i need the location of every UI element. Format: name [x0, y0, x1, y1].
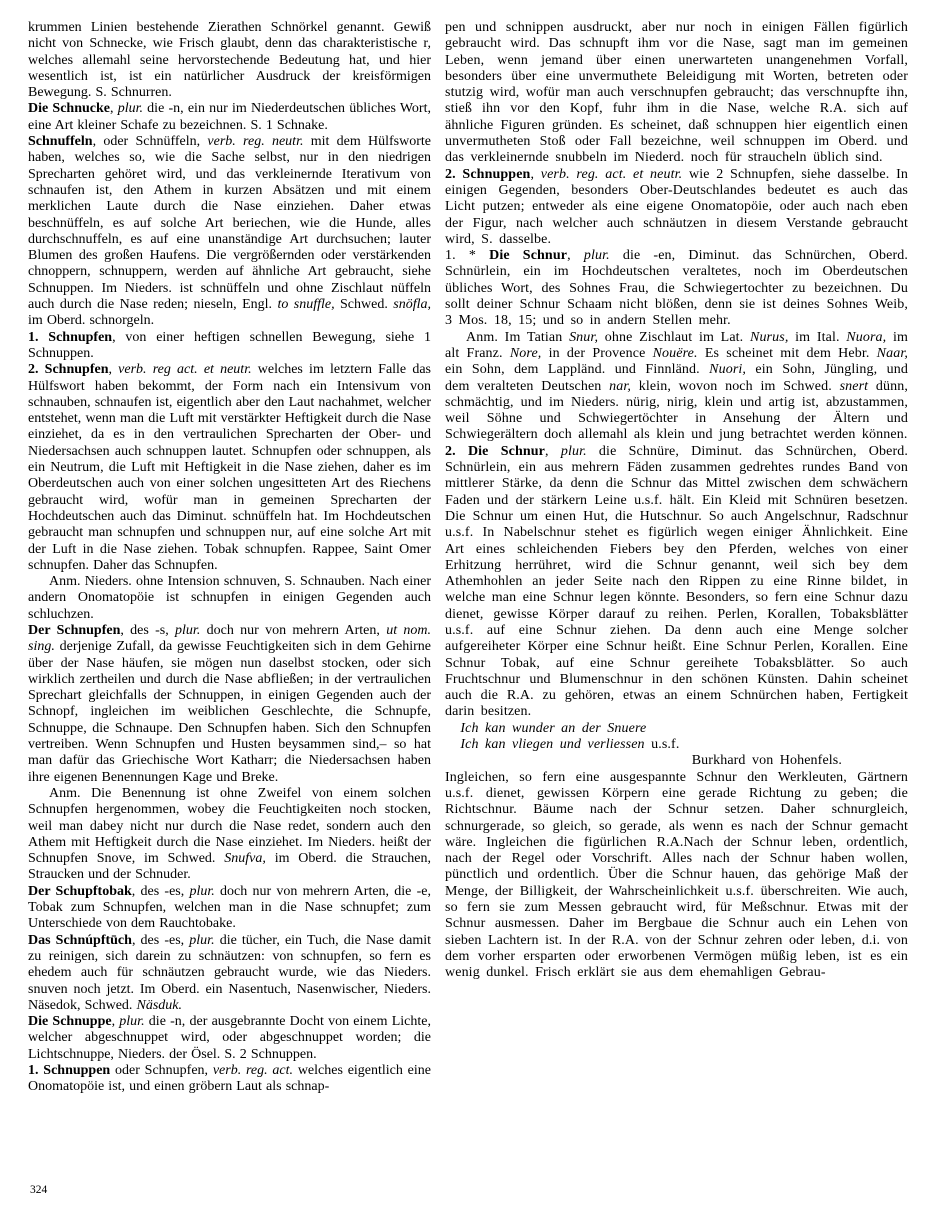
text-run: oder Schnupfen,: [110, 1063, 213, 1078]
headword: Der Schupftobak: [28, 884, 132, 899]
italic-run: Näsduk.: [137, 998, 183, 1013]
paragraph: Anm. Die Benennung ist ohne Zweifel von …: [28, 786, 431, 884]
text-run: doch nur von mehrern Arten,: [200, 623, 386, 638]
italic-run: Naar,: [877, 346, 908, 361]
paragraph: Die Schnucke, plur. die -n, ein nur im N…: [28, 101, 431, 134]
text-run: Anm. Nieders. ohne Intension schnuven, S…: [28, 574, 431, 622]
text-run: die Schnüre, Diminut. das Schnürchen, Ob…: [445, 444, 908, 720]
text-run: , des -s,: [120, 623, 175, 638]
paragraph: Der Schnupfen, des -s, plur. doch nur vo…: [28, 623, 431, 786]
text-run: krummen Linien bestehende Zierathen Schn…: [28, 20, 431, 100]
headword: Die Schnucke: [28, 101, 110, 116]
paragraph: Anm. Nieders. ohne Intension schnuven, S…: [28, 574, 431, 623]
headword: Die Schnuppe: [28, 1014, 112, 1029]
italic-run: nar,: [609, 379, 631, 394]
text-run: ohne Zischlaut im Lat.: [598, 330, 750, 345]
italic-run: Nurus,: [750, 330, 788, 345]
paragraph: 1. Schnuppen oder Schnupfen, verb. reg. …: [28, 1063, 431, 1096]
text-run: ,: [110, 101, 118, 116]
paragraph: Ingleichen, so fern eine ausgespannte Sc…: [445, 770, 908, 982]
paragraph: pen und schnippen ausdruckt, aber nur no…: [445, 20, 908, 167]
text-run: klein, wovon noch im Schwed.: [631, 379, 840, 394]
headword: 2. Schnupfen: [28, 362, 108, 377]
text-run: Schwed.: [335, 297, 394, 312]
paragraph: Ich kan vliegen und verliessen u.s.f.: [445, 737, 908, 753]
paragraph: Schnuffeln, oder Schnüffeln, verb. reg. …: [28, 134, 431, 330]
paragraph: 2. Die Schnur, plur. die Schnüre, Diminu…: [445, 444, 908, 721]
paragraph: Ich kan wunder an der Snuere: [445, 721, 908, 737]
text-run: 1. *: [445, 248, 489, 263]
italic-run: plur.: [119, 1014, 144, 1029]
text-run: derjenige Zufall, da gewisse Feuchtigkei…: [28, 639, 431, 784]
text-run: ,: [545, 444, 561, 459]
paragraph: 2. Schnupfen, verb. reg act. et neutr. w…: [28, 362, 431, 574]
italic-run: Snufva,: [224, 851, 266, 866]
text-run: Ingleichen, so fern eine ausgespannte Sc…: [445, 770, 908, 981]
text-run: , des -es,: [132, 884, 190, 899]
text-run: ein Sohn, dem Lappländ. und Finnländ.: [445, 362, 709, 377]
text-run: pen und schnippen ausdruckt, aber nur no…: [445, 20, 908, 165]
paragraph: Die Schnuppe, plur. die -n, der ausgebra…: [28, 1014, 431, 1063]
page-number: 324: [30, 1184, 47, 1196]
text-run: mit dem Hülfsworte haben, welches so, wi…: [28, 134, 431, 312]
headword: 1. Schnuppen: [28, 1063, 110, 1078]
italic-run: plur.: [118, 101, 143, 116]
text-run: , oder Schnüffeln,: [93, 134, 208, 149]
italic-run: verb. reg. neutr.: [207, 134, 303, 149]
text-columns: krummen Linien bestehende Zierathen Schn…: [28, 20, 908, 1096]
text-run: ,: [567, 248, 584, 263]
paragraph: Anm. Im Tatian Snur, ohne Zischlaut im L…: [445, 330, 908, 444]
paragraph: 1. Schnupfen, von einer heftigen schnell…: [28, 330, 431, 363]
dictionary-page: krummen Linien bestehende Zierathen Schn…: [28, 20, 908, 1096]
italic-run: verb. reg act. et neutr.: [118, 362, 251, 377]
italic-run: plur.: [189, 884, 214, 899]
paragraph: Das Schnúpftūch, des -es, plur. die tüch…: [28, 933, 431, 1014]
italic-run: snert: [840, 379, 869, 394]
text-run: Es scheinet mit dem Hebr.: [698, 346, 877, 361]
italic-run: Nore,: [510, 346, 542, 361]
italic-run: Ich kan vliegen und verliessen: [460, 737, 644, 752]
headword: 2. Die Schnur: [445, 444, 545, 459]
paragraph: krummen Linien bestehende Zierathen Schn…: [28, 20, 431, 101]
text-run: ,: [108, 362, 118, 377]
text-run: ,: [530, 167, 540, 182]
text-run: im Oberd. schnorgeln.: [28, 313, 154, 328]
paragraph: 1. * Die Schnur, plur. die -en, Diminut.…: [445, 248, 908, 329]
headword: Die Schnur: [489, 248, 567, 263]
text-run: u.s.f.: [645, 737, 680, 752]
italic-run: to snuffle,: [277, 297, 334, 312]
text-run: in der Provence: [541, 346, 652, 361]
italic-run: Nuori,: [709, 362, 746, 377]
left-column: krummen Linien bestehende Zierathen Schn…: [28, 20, 431, 1096]
text-run: Burkhard von Hohenfels.: [692, 753, 842, 768]
italic-run: Nuora,: [846, 330, 886, 345]
headword: Der Schnupfen: [28, 623, 120, 638]
headword: 1. Schnupfen: [28, 330, 112, 345]
italic-run: plur.: [189, 933, 214, 948]
italic-run: Nouëre.: [653, 346, 698, 361]
italic-run: plur.: [561, 444, 587, 459]
paragraph: Der Schupftobak, des -es, plur. doch nur…: [28, 884, 431, 933]
italic-run: Ich kan wunder an der Snuere: [460, 721, 646, 736]
text-run: , des -es,: [132, 933, 189, 948]
text-run: Anm. Im Tatian: [466, 330, 569, 345]
italic-run: plur.: [175, 623, 200, 638]
headword: Schnuffeln: [28, 134, 93, 149]
right-column: pen und schnippen ausdruckt, aber nur no…: [445, 20, 908, 982]
text-run: welches im letztern Falle das Hülfswort …: [28, 362, 431, 573]
paragraph: Burkhard von Hohenfels.: [445, 753, 908, 769]
italic-run: snöfla,: [393, 297, 431, 312]
italic-run: plur.: [584, 248, 610, 263]
italic-run: verb. reg. act.: [213, 1063, 293, 1078]
italic-run: verb. reg. act. et neutr.: [541, 167, 683, 182]
headword: 2. Schnuppen: [445, 167, 530, 182]
headword: Das Schnúpftūch: [28, 933, 132, 948]
text-run: im Ital.: [788, 330, 846, 345]
italic-run: Snur,: [569, 330, 598, 345]
paragraph: 2. Schnuppen, verb. reg. act. et neutr. …: [445, 167, 908, 248]
